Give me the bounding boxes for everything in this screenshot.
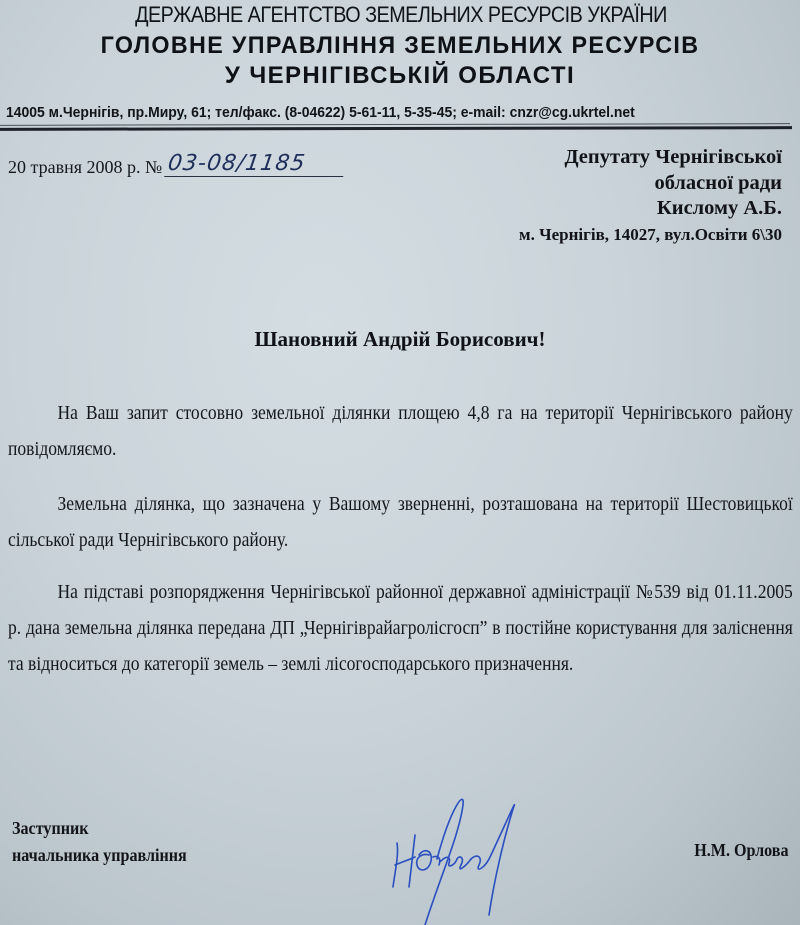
addressee-address: м. Чернігів, 14027, вул.Освіти 6\30 (519, 222, 782, 247)
salutation: Шановний Андрій Борисович! (0, 327, 800, 352)
signatory-title-line2: начальника управління (12, 842, 187, 869)
date-and-number: 20 травня 2008 р. №03-08/1185 (8, 154, 346, 180)
department-name-line2: У ЧЕРНІГІВСЬКІЙ ОБЛАСТІ (0, 62, 800, 90)
signatory-title: Заступник начальника управління (12, 815, 187, 869)
signatory-name: Н.М. Орлова (694, 840, 788, 861)
department-name-line1: ГОЛОВНЕ УПРАВЛІННЯ ЗЕМЕЛЬНИХ РЕСУРСІВ (12, 32, 788, 60)
letterhead-divider-thick (0, 126, 792, 131)
letter-date: 20 травня 2008 р. № (8, 157, 162, 177)
body-paragraph-1: На Ваш запит стосовно земельної ділянки … (8, 396, 793, 468)
body-paragraph-3: На підставі розпорядження Чернігівської … (8, 575, 793, 683)
letter-page: ДЕРЖАВНЕ АГЕНТСТВО ЗЕМЕЛЬНИХ РЕСУРСІВ УК… (0, 0, 800, 925)
registration-number: 03-08/1185 (164, 151, 347, 177)
addressee-line2: обласної ради (519, 171, 782, 197)
body-paragraph-2: Земельна ділянка, що зазначена у Вашому … (8, 487, 793, 559)
handwritten-signature-icon (385, 795, 585, 925)
addressee-name: Кислому А.Б. (519, 196, 782, 222)
signatory-title-line1: Заступник (12, 815, 187, 842)
agency-name: ДЕРЖАВНЕ АГЕНТСТВО ЗЕМЕЛЬНИХ РЕСУРСІВ УК… (49, 2, 753, 28)
letterhead-contacts: 14005 м.Чернігів, пр.Миру, 61; тел/факс.… (6, 104, 635, 121)
addressee-line1: Депутату Чернігівської (519, 145, 782, 171)
addressee-block: Депутату Чернігівської обласної ради Кис… (519, 145, 782, 247)
